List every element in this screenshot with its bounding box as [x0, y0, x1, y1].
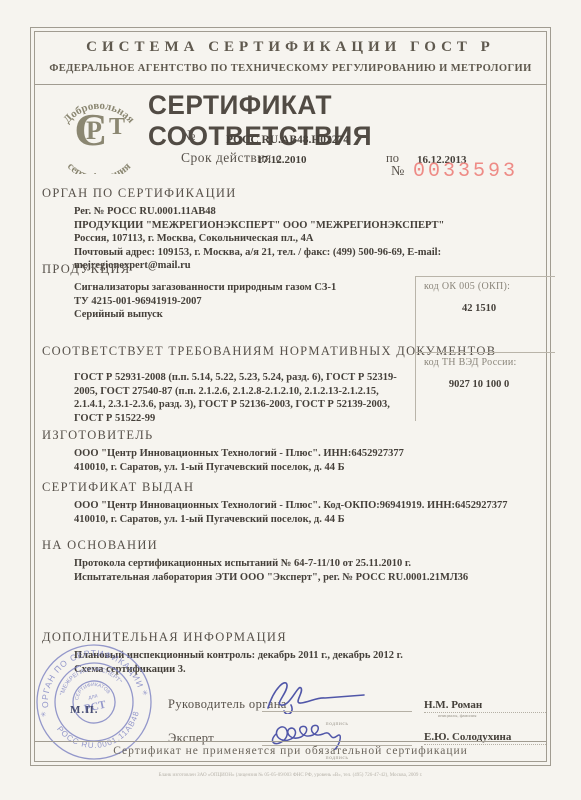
agency-title: ФЕДЕРАЛЬНОЕ АГЕНТСТВО ПО ТЕХНИЧЕСКОМУ РЕ…	[40, 63, 541, 74]
section-title-basis: НА ОСНОВАНИИ	[42, 538, 158, 553]
section-body-product: Сигнализаторы загазованности природным г…	[74, 281, 404, 322]
section-title-manufacturer: ИЗГОТОВИТЕЛЬ	[42, 428, 153, 443]
okp-code-value: 42 1510	[424, 303, 534, 314]
stamp-star-left-icon: ✳	[40, 710, 48, 719]
blank-number-sign: №	[391, 164, 404, 180]
stamp-star-right-icon: ✳	[142, 689, 150, 698]
section-body-conformity: ГОСТ Р 52931-2008 (п.п. 5.14, 5.22, 5.23…	[74, 371, 412, 425]
head-name-caption: инициалы, фамилия	[438, 713, 477, 718]
head-name: Н.М. Роман	[424, 699, 546, 713]
issued-line: ООО "Центр Инновационных Технологий - Пл…	[74, 499, 536, 513]
blank-print-info: Бланк изготовлен ЗАО «ОПЦИОН» (лицензия …	[0, 773, 581, 778]
product-line: ТУ 4215-001-96941919-2007	[74, 295, 404, 309]
section-title-product: ПРОДУКЦИЯ	[42, 262, 131, 277]
valid-from-date: 17.12.2010	[257, 154, 307, 166]
section-body-basis: Протокола сертификационных испытаний № 6…	[74, 557, 536, 584]
section-body-manufacturer: ООО "Центр Инновационных Технологий - Пл…	[74, 447, 536, 474]
basis-line: Испытательная лаборатория ЭТИ ООО "Экспе…	[74, 571, 536, 585]
blank-number-value: 0033593	[413, 160, 518, 183]
svg-text:сертификация: сертификация	[65, 160, 133, 174]
logo-arc-bottom: сертификация	[65, 160, 133, 174]
okp-code-label: код ОК 005 (ОКП):	[424, 281, 555, 292]
footer-note: Сертификат не применяется при обязательн…	[40, 745, 541, 757]
logo-letter-t: Т	[109, 114, 125, 140]
tnved-code-value: 9027 10 100 0	[424, 379, 534, 390]
manufacturer-line: 410010, г. Саратов, ул. 1-ый Пугачевский…	[74, 461, 536, 475]
footer-divider	[35, 741, 546, 742]
cert-number-sign: №	[181, 128, 195, 145]
section-body-issued: ООО "Центр Инновационных Технологий - Пл…	[74, 499, 536, 526]
expert-role-label: Эксперт	[168, 731, 214, 746]
organ-line: Россия, 107113, г. Москва, Сокольническа…	[74, 232, 536, 246]
rst-logo-icon: Добровольная сертификация С Р Т	[44, 86, 154, 179]
manufacturer-line: ООО "Центр Инновационных Технологий - Пл…	[74, 447, 536, 461]
expert-name: Е.Ю. Солодухина	[424, 731, 546, 745]
stamp-place-mark: М.П.	[70, 704, 98, 716]
tnved-code-box: код ТН ВЭД России: 9027 10 100 0	[415, 352, 555, 421]
basis-line: Протокола сертификационных испытаний № 6…	[74, 557, 536, 571]
okp-code-box: код ОК 005 (ОКП): 42 1510	[415, 276, 555, 353]
system-title: СИСТЕМА СЕРТИФИКАЦИИ ГОСТ Р	[40, 39, 541, 56]
product-line: Сигнализаторы загазованности природным г…	[74, 281, 404, 295]
cert-number-value: РОСС RU.АВ48.Н02274	[226, 134, 349, 146]
section-title-issued: СЕРТИФИКАТ ВЫДАН	[42, 480, 194, 495]
section-body-organ: Рег. № РОСС RU.0001.11АВ48 ПРОДУКЦИИ "МЕ…	[74, 205, 536, 273]
product-line: Серийный выпуск	[74, 308, 404, 322]
organ-line: Рег. № РОСС RU.0001.11АВ48	[74, 205, 536, 219]
tnved-code-label: код ТН ВЭД России:	[424, 357, 555, 368]
logo-letter-p: Р	[86, 116, 102, 145]
section-title-organ: ОРГАН ПО СЕРТИФИКАЦИИ	[42, 186, 237, 201]
header-divider	[35, 84, 546, 85]
document-header: СИСТЕМА СЕРТИФИКАЦИИ ГОСТ Р ФЕДЕРАЛЬНОЕ …	[40, 39, 541, 74]
issued-line: 410010, г. Саратов, ул. 1-ый Пугачевский…	[74, 513, 536, 527]
certificate-page: СИСТЕМА СЕРТИФИКАЦИИ ГОСТ Р ФЕДЕРАЛЬНОЕ …	[0, 0, 581, 800]
organ-line: Почтовый адрес: 109153, г. Москва, а/я 2…	[74, 246, 536, 273]
organ-line: ПРОДУКЦИИ "МЕЖРЕГИОНЭКСПЕРТ" ООО "МЕЖРЕГ…	[74, 219, 536, 233]
